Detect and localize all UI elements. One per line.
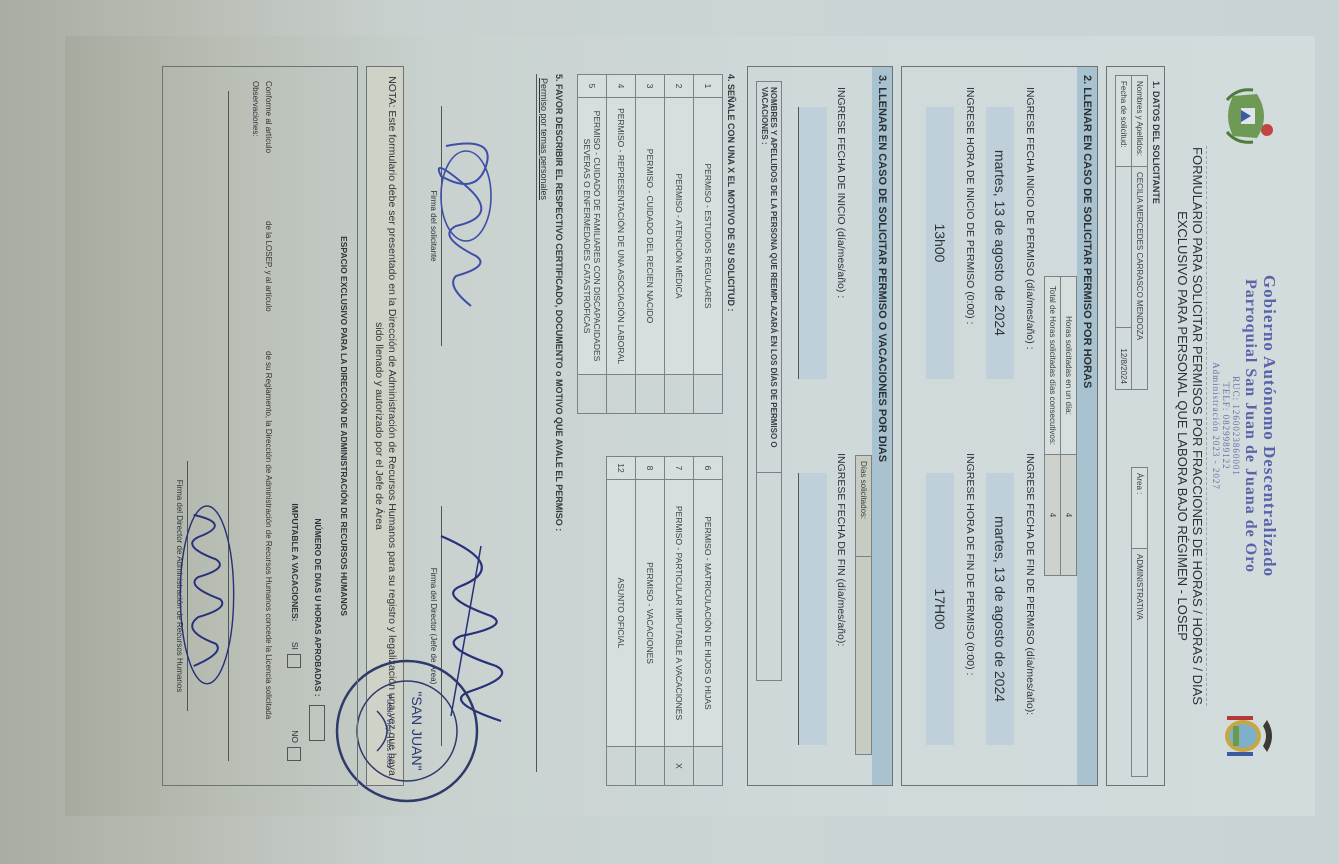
form-title-line2: EXCLUSIVO PARA PERSONAL QUE LABORA BAJO …: [1175, 56, 1190, 796]
form-sheet: Gobierno Autónomo Descentralizado Parroq…: [85, 56, 1285, 796]
total-hours-field[interactable]: 4: [1044, 455, 1060, 576]
conforme-text-2: de la LOSEP, y al artículo: [264, 221, 273, 351]
end-date-label: INGRESE FECHA DE FIN DE PERMISO (día/mes…: [1024, 453, 1036, 765]
reason-number: 6: [693, 457, 722, 480]
start-date-label: INGRESE FECHA INICIO DE PERMISO (día/mes…: [1024, 87, 1036, 399]
start-time-field[interactable]: 13h00: [926, 107, 954, 379]
approved-field[interactable]: [309, 705, 325, 741]
days-requested-label: Días solicitados:: [855, 456, 871, 557]
end-time-label: INGRESE HORA DE FIN DE PERMISO (0:00) :: [964, 453, 976, 765]
reason-checkbox[interactable]: [635, 747, 664, 786]
days-start-date-field[interactable]: [798, 107, 827, 379]
reason-checkbox[interactable]: [693, 747, 722, 786]
ecuador-coat-of-arms-icon: [1217, 706, 1277, 766]
reason-number: 12: [606, 457, 635, 480]
reason-checkbox[interactable]: [606, 747, 635, 786]
area-field[interactable]: ADMINISTRATIVA: [1131, 549, 1147, 777]
org-parish: Parroquial San Juan de Juana de Oro: [1241, 56, 1259, 796]
hr-section: ESPACIO EXCLUSIVO PARA LA DIRECCIÓN DE A…: [162, 66, 358, 786]
form-header: Gobierno Autónomo Descentralizado Parroq…: [1165, 56, 1285, 796]
reason-number: 1: [693, 75, 722, 98]
observaciones-label: Observaciones:: [251, 81, 260, 771]
reason-checkbox[interactable]: X: [664, 747, 693, 786]
justification-field[interactable]: Permiso por temas personales: [536, 74, 551, 772]
replacement-field[interactable]: [756, 473, 781, 681]
reason-row: 5PERMISO - CUIDADO DE FAMILIARES CON DIS…: [577, 75, 606, 414]
reason-row: 12ASUNTO OFICIAL: [606, 457, 635, 786]
hr-section-title: ESPACIO EXCLUSIVO PARA LA DIRECCIÓN DE A…: [339, 81, 349, 771]
reason-row: 3PERMISO - CUIDADO DEL RECIEN NACIDO: [635, 75, 664, 414]
si-label: SI: [289, 642, 299, 650]
header-divider: [1206, 146, 1207, 706]
reason-label: PERMISO - VACACIONES: [635, 480, 664, 747]
reason-label: PERMISO - CUIDADO DE FAMILIARES CON DISC…: [577, 98, 606, 375]
org-phone: TELF: 0829989122: [1221, 56, 1231, 796]
start-time-label: INGRESE HORA DE INICIO DE PERMISO (0:00)…: [964, 87, 976, 399]
reason-row: 4PERMISO - REPRESENTACIÓN DE UNA ASOCIAC…: [606, 75, 635, 414]
applicant-signature[interactable]: Firma del solicitante: [402, 106, 442, 346]
reason-checkbox[interactable]: [635, 375, 664, 414]
reason-row: 2PERMISO - ATENCIÓN MÉDICA: [664, 75, 693, 414]
reason-label: PERMISO - MATRICULACIÓN DE HIJOS O HIJAS: [693, 480, 722, 747]
approved-label: NÚMERO DE DIAS U HORAS APROBADAS :: [312, 518, 322, 696]
organization-block: Gobierno Autónomo Descentralizado Parroq…: [1206, 56, 1279, 796]
reason-number: 8: [635, 457, 664, 480]
reason-label: PERMISO - REPRESENTACIÓN DE UNA ASOCIACI…: [606, 98, 635, 375]
section5-title: 5. FAVOR DESCRIBIR EL RESPECTIVO CERTIFI…: [551, 74, 567, 786]
reason-number: 3: [635, 75, 664, 98]
reason-row: 1PERMISO - ESTUDIOS REGULARES: [693, 75, 722, 414]
reason-checkbox[interactable]: [577, 375, 606, 414]
reason-number: 7: [664, 457, 693, 480]
form-title: FORMULARIO PARA SOLICITAR PERMISOS POR F…: [1175, 56, 1205, 796]
name-field[interactable]: CECILIA MERCEDES CARRASCO MENDOZA: [1131, 167, 1147, 390]
reason-label: PERMISO - ESTUDIOS REGULARES: [693, 98, 722, 375]
reason-number: 4: [606, 75, 635, 98]
hours-per-day-label: Horas solicitadas en un día:: [1060, 277, 1076, 455]
total-hours-label: Total de Horas solicitadas días consecut…: [1044, 277, 1060, 455]
replacement-label: NOMBRES Y APELLIDOS DE LA PERSONA QUE RE…: [756, 82, 781, 473]
conforme-text-1: Conforme al artículo: [264, 81, 273, 221]
no-label: NO: [289, 730, 299, 743]
reason-label: ASUNTO OFICIAL: [606, 480, 635, 747]
reason-table-left: 1PERMISO - ESTUDIOS REGULARES2PERMISO - …: [577, 74, 723, 414]
form-title-line1: FORMULARIO PARA SOLICITAR PERMISOS POR F…: [1190, 56, 1205, 796]
days-end-date-field[interactable]: [798, 473, 827, 745]
section1-title: 1. DATOS DEL SOLICITANTE: [1148, 75, 1164, 777]
reason-checkbox[interactable]: [664, 375, 693, 414]
end-date-field[interactable]: martes, 13 de agosto de 2024: [986, 473, 1014, 745]
applicant-signature-scribble: [426, 126, 516, 326]
reason-checkbox[interactable]: [606, 375, 635, 414]
reason-label: PERMISO - ATENCIÓN MÉDICA: [664, 98, 693, 375]
no-checkbox[interactable]: [287, 747, 301, 761]
reason-label: PERMISO - PARTICULAR IMPUTABLE A VACACIO…: [664, 480, 693, 747]
form-paper: Gobierno Autónomo Descentralizado Parroq…: [65, 36, 1315, 816]
section-justification: 5. FAVOR DESCRIBIR EL RESPECTIVO CERTIFI…: [536, 74, 567, 786]
hr-director-signature[interactable]: Firma del Director de Administración de …: [175, 461, 188, 711]
reason-row: 6PERMISO - MATRICULACIÓN DE HIJOS O HIJA…: [693, 457, 722, 786]
request-date-label: Fecha de solicitud:: [1115, 76, 1131, 167]
end-time-field[interactable]: 17H00: [926, 473, 954, 745]
section4-title: 4. SEÑALE CON UNA X EL MOTIVO DE SU SOLI…: [723, 74, 739, 786]
days-start-date-label: INGRESE FECHA DE INICIO (día/mes/año) :: [835, 87, 847, 399]
days-end-date-label: INGRESE FECHA DE FIN (día/mes/año):: [835, 453, 847, 765]
request-date-field[interactable]: 12/8/2024: [1115, 328, 1131, 390]
reason-number: 2: [664, 75, 693, 98]
name-label: Nombres y Apellidos:: [1131, 76, 1147, 167]
hours-per-day-field[interactable]: 4: [1060, 455, 1076, 576]
org-administration: Administración 2023 - 2027: [1211, 56, 1221, 796]
section-applicant-data: 1. DATOS DEL SOLICITANTE Nombres y Apell…: [1106, 66, 1165, 786]
reason-row: 8PERMISO - VACACIONES: [635, 457, 664, 786]
svg-text:"SAN JUAN": "SAN JUAN": [409, 691, 425, 770]
signature-area: Firma del solicitante Firma del Director…: [412, 66, 532, 786]
conforme-text-3: de su Reglamento, la Dirección de Admini…: [264, 351, 273, 719]
reason-table-right: 6PERMISO - MATRICULACIÓN DE HIJOS O HIJA…: [606, 456, 723, 786]
reason-number: 5: [577, 75, 606, 98]
days-requested-field[interactable]: [855, 557, 871, 755]
reason-label: PERMISO - CUIDADO DEL RECIEN NACIDO: [635, 98, 664, 375]
svg-text:Pueblo Viejo - Los Ríos: Pueblo Viejo - Los Ríos: [385, 694, 392, 768]
org-ruc: RUC: 1260023860001: [1231, 56, 1241, 796]
reason-row: 7PERMISO - PARTICULAR IMPUTABLE A VACACI…: [664, 457, 693, 786]
section-hours-permit: 2. LLENAR EN CASO DE SOLICITAR PERMISO P…: [901, 66, 1098, 786]
section-reason: 4. SEÑALE CON UNA X EL MOTIVO DE SU SOLI…: [577, 74, 739, 786]
imputable-label: IMPUTABLE A VACACIONES:: [289, 503, 299, 621]
start-date-field[interactable]: martes, 13 de agosto de 2024: [986, 107, 1014, 379]
si-checkbox[interactable]: [287, 654, 301, 668]
area-label: Área :: [1131, 468, 1147, 549]
section2-title: 2. LLENAR EN CASO DE SOLICITAR PERMISO P…: [1077, 67, 1097, 785]
section3-title: 3. LLENAR EN CASO DE SOLICITAR PERMISO O…: [872, 67, 892, 785]
reason-checkbox[interactable]: [693, 375, 722, 414]
org-name: Gobierno Autónomo Descentralizado: [1259, 56, 1279, 796]
hr-signature-scribble: [167, 471, 247, 701]
section-days-permit: 3. LLENAR EN CASO DE SOLICITAR PERMISO O…: [747, 66, 893, 786]
